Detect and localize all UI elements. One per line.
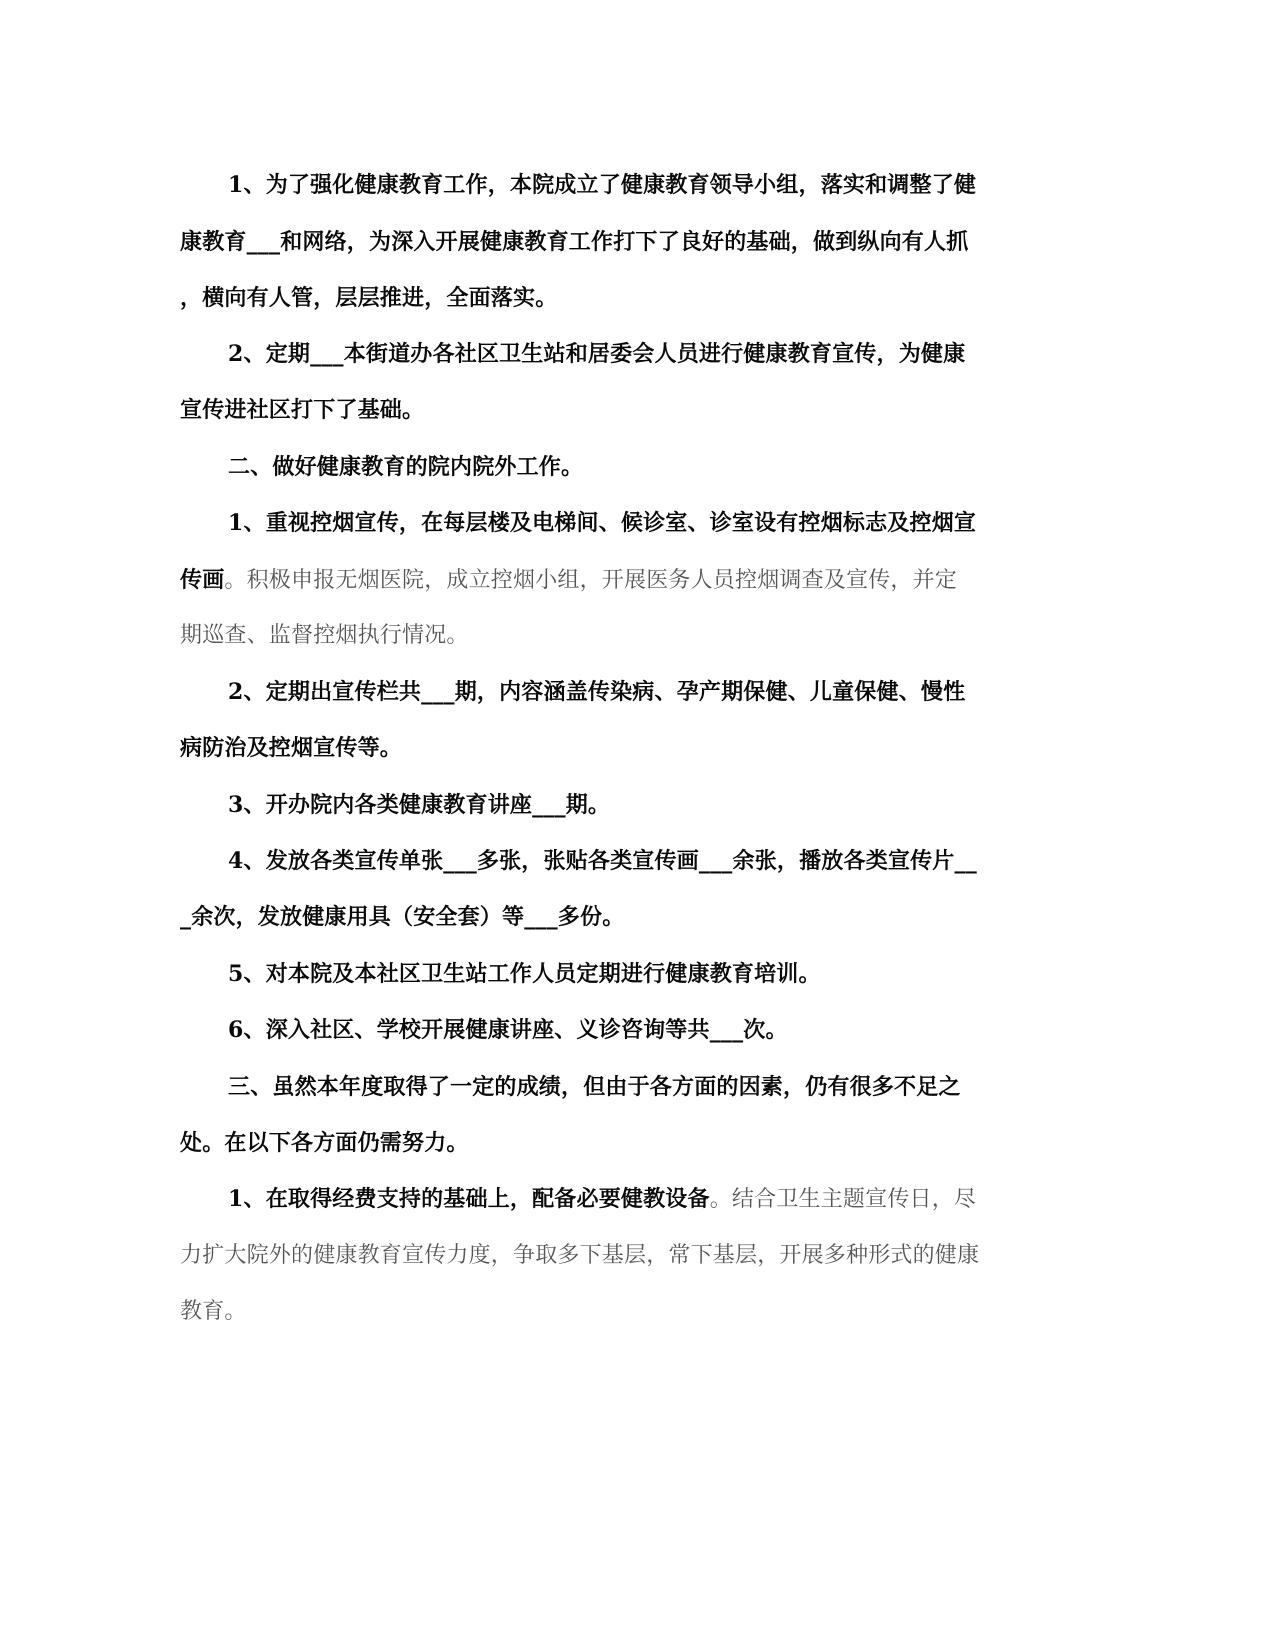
paragraph-line: 力扩大院外的健康教育宣传力度，争取多下基层，常下基层，开展多种形式的健康 <box>180 1239 1040 1273</box>
paragraph-line: _余次，发放健康用具（安全套）等___多份。 <box>180 900 1040 934</box>
paragraph-line: 期巡查、监督控烟执行情况。 <box>180 619 1040 653</box>
text-run: 期巡查、监督控烟执行情况。 <box>180 623 469 648</box>
text-run: 4、发放各类宣传单张___多张，张贴各类宣传画___余张，播放各类宣传片__ <box>228 848 977 874</box>
paragraph-line: 4、发放各类宣传单张___多张，张贴各类宣传画___余张，播放各类宣传片__ <box>228 844 1040 878</box>
paragraph-line: 传画。积极申报无烟医院，成立控烟小组，开展医务人员控烟调查及宣传，并定 <box>180 563 1040 597</box>
text-run: 宣传进社区打下了基础。 <box>180 397 424 423</box>
text-run: 教育。 <box>180 1299 247 1324</box>
text-run: 二、做好健康教育的院内院外工作。 <box>228 454 583 480</box>
paragraph-line: 3、开办院内各类健康教育讲座___期。 <box>228 788 1040 822</box>
text-run: 6、深入社区、学校开展健康讲座、义诊咨询等共___次。 <box>228 1017 788 1043</box>
text-run: 2、定期___本街道办各社区卫生站和居委会人员进行健康教育宣传，为健康 <box>228 341 965 367</box>
paragraph-line: 2、定期___本街道办各社区卫生站和居委会人员进行健康教育宣传，为健康 <box>228 337 1040 371</box>
text-run: 3、开办院内各类健康教育讲座___期。 <box>228 792 610 818</box>
paragraph-line: 2、定期出宣传栏共___期，内容涵盖传染病、孕产期保健、儿童保健、慢性 <box>228 675 1040 709</box>
text-run: ，横向有人管，层层推进，全面落实。 <box>180 285 557 311</box>
section-heading: 三、虽然本年度取得了一定的成绩，但由于各方面的因素，仍有很多不足之 <box>228 1070 1040 1104</box>
text-run: 。结合卫生主题宣传日，尽 <box>710 1187 976 1212</box>
document-page: 1、为了强化健康教育工作，本院成立了健康教育领导小组，落实和调整了健 康教育__… <box>0 0 1275 1650</box>
paragraph-line: 宣传进社区打下了基础。 <box>180 393 1040 427</box>
text-run: 病防治及控烟宣传等。 <box>180 735 402 761</box>
section-heading: 二、做好健康教育的院内院外工作。 <box>228 450 1040 484</box>
paragraph-line: 病防治及控烟宣传等。 <box>180 731 1040 765</box>
paragraph-line: 教育。 <box>180 1295 1040 1329</box>
text-run: 康教育___和网络，为深入开展健康教育工作打下了良好的基础，做到纵向有人抓 <box>180 229 968 255</box>
text-run: 三、虽然本年度取得了一定的成绩，但由于各方面的因素，仍有很多不足之 <box>228 1074 961 1100</box>
paragraph-line: 康教育___和网络，为深入开展健康教育工作打下了良好的基础，做到纵向有人抓 <box>180 225 1040 259</box>
paragraph-line: 5、对本院及本社区卫生站工作人员定期进行健康教育培训。 <box>228 957 1040 991</box>
paragraph-line: 1、为了强化健康教育工作，本院成立了健康教育领导小组，落实和调整了健 <box>228 168 1040 202</box>
text-run: 1、为了强化健康教育工作，本院成立了健康教育领导小组，落实和调整了健 <box>228 172 976 198</box>
paragraph-line: 处。在以下各方面仍需努力。 <box>180 1126 1040 1160</box>
text-run: 1、重视控烟宣传，在每层楼及电梯间、候诊室、诊室设有控烟标志及控烟宣 <box>228 510 976 536</box>
paragraph-line: 1、在取得经费支持的基础上，配备必要健教设备。结合卫生主题宣传日，尽 <box>228 1182 1040 1216</box>
text-run: _余次，发放健康用具（安全套）等___多份。 <box>180 904 624 930</box>
text-run: 5、对本院及本社区卫生站工作人员定期进行健康教育培训。 <box>228 961 821 987</box>
text-run: 力扩大院外的健康教育宣传力度，争取多下基层，常下基层，开展多种形式的健康 <box>180 1243 979 1268</box>
text-run: 传画 <box>180 567 224 593</box>
text-run: 1、在取得经费支持的基础上，配备必要健教设备 <box>228 1186 710 1212</box>
paragraph-line: ，横向有人管，层层推进，全面落实。 <box>180 281 1040 315</box>
text-run: 。积极申报无烟医院，成立控烟小组，开展医务人员控烟调查及宣传，并定 <box>224 568 957 593</box>
paragraph-line: 6、深入社区、学校开展健康讲座、义诊咨询等共___次。 <box>228 1013 1040 1047</box>
paragraph-line: 1、重视控烟宣传，在每层楼及电梯间、候诊室、诊室设有控烟标志及控烟宣 <box>228 506 1040 540</box>
text-run: 2、定期出宣传栏共___期，内容涵盖传染病、孕产期保健、儿童保健、慢性 <box>228 679 965 705</box>
text-run: 处。在以下各方面仍需努力。 <box>180 1130 469 1156</box>
